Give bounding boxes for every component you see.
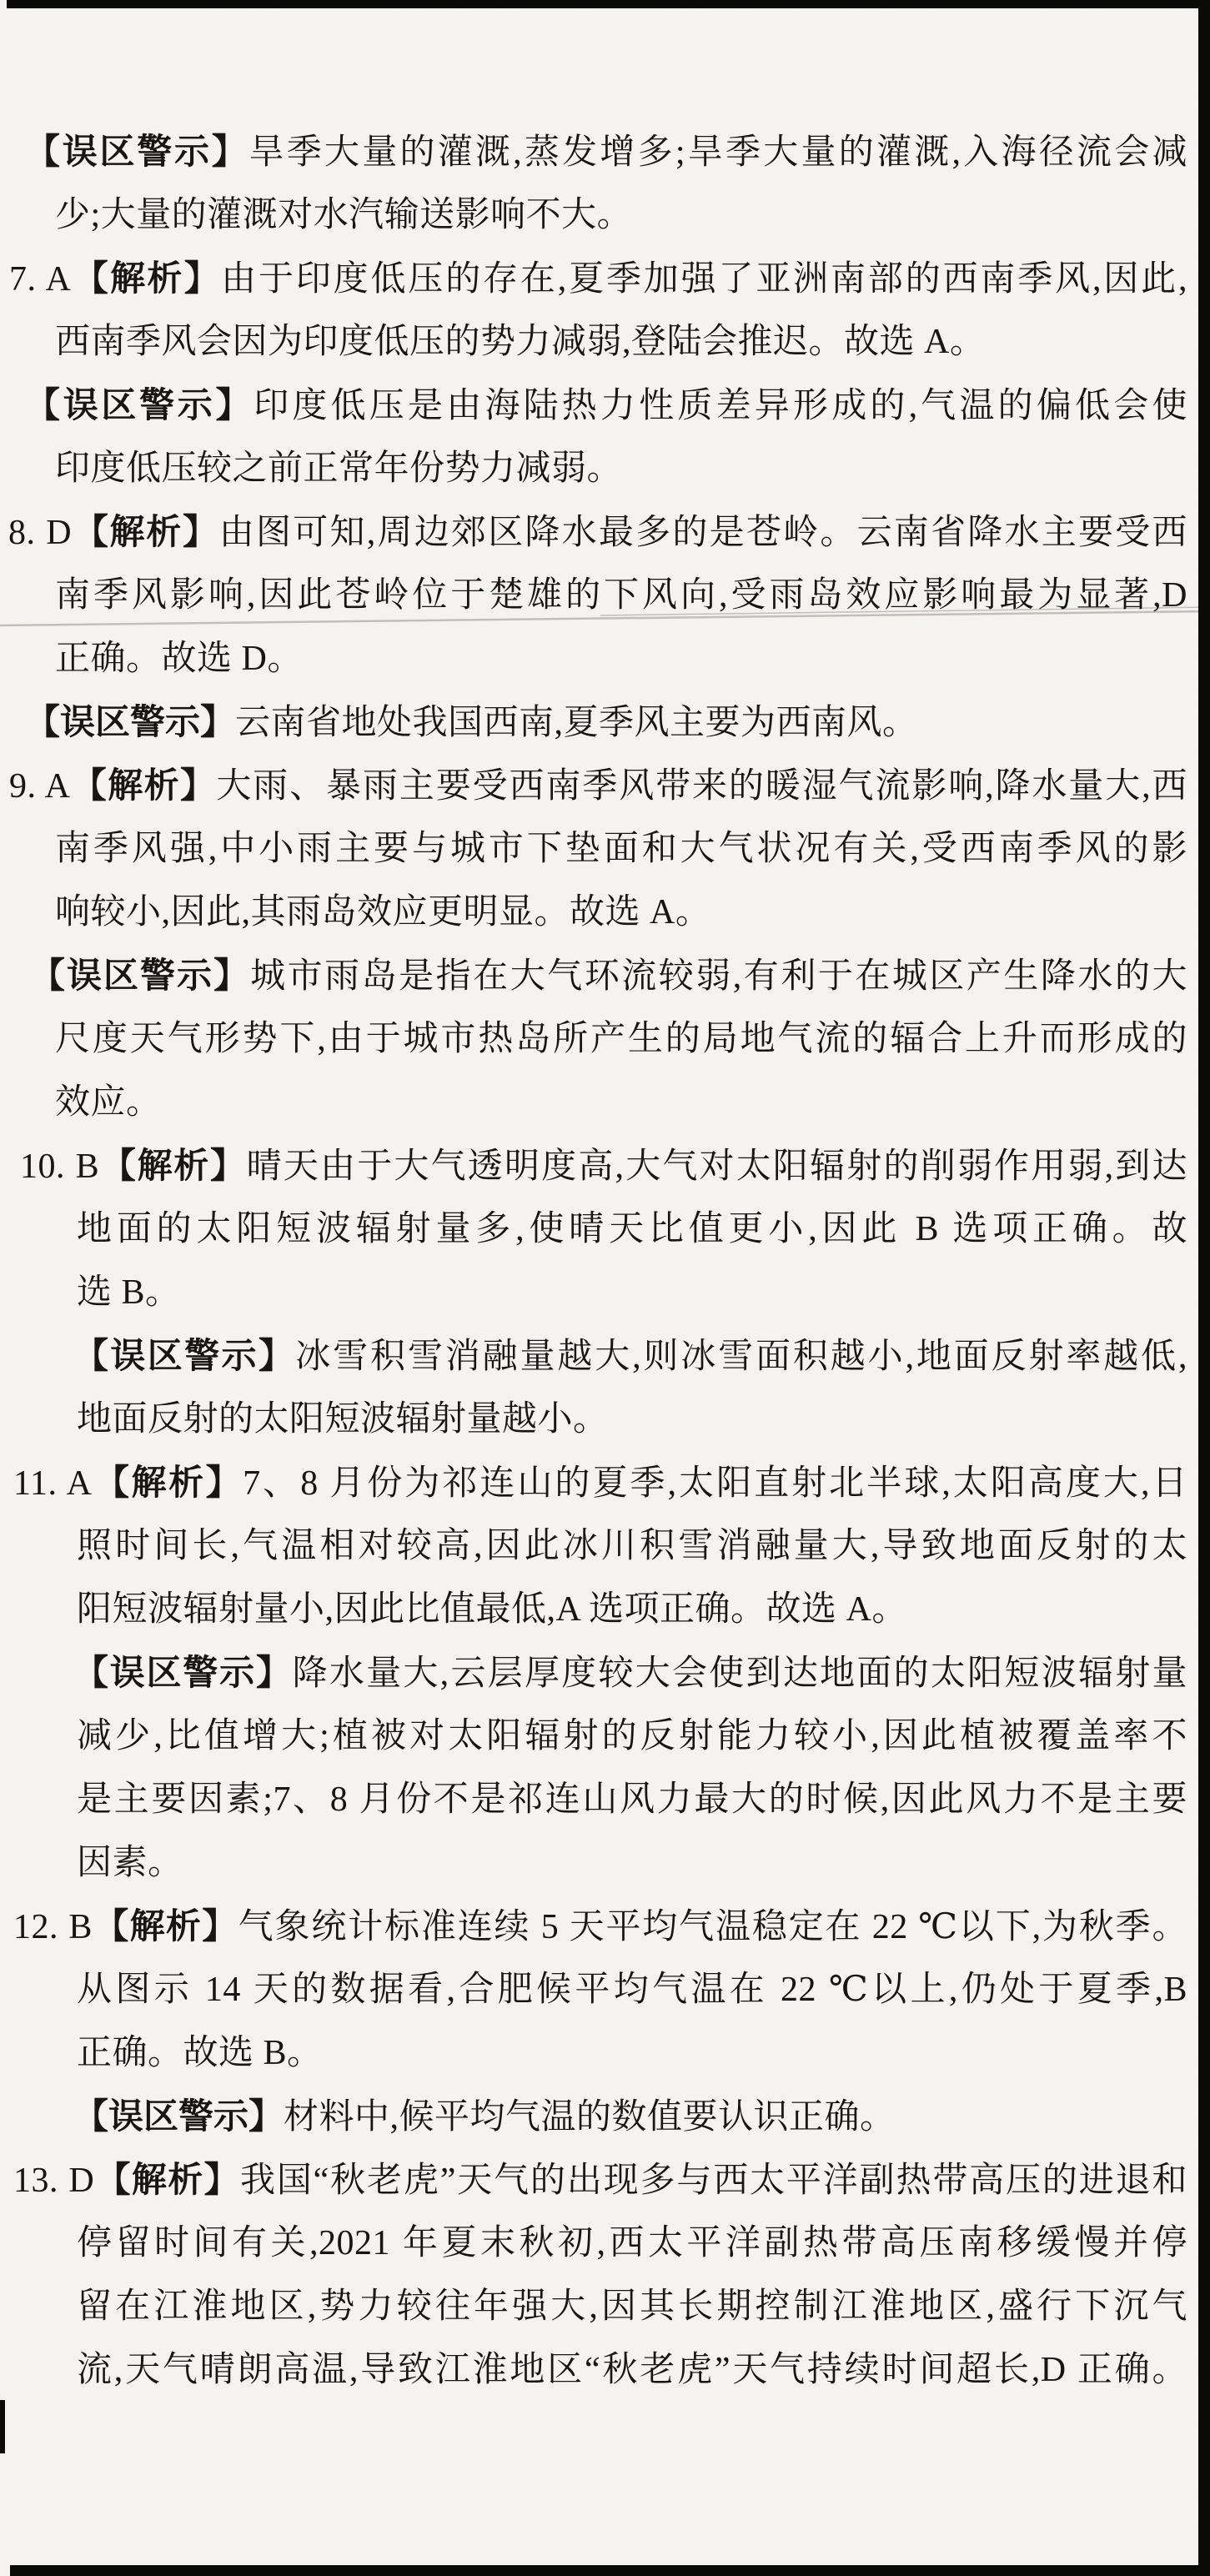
text-line: 尺度天气形势下,由于城市热岛所产生的局地气流的辐合上升而形成的 — [55, 1007, 1187, 1071]
bold-section-tag: 【误区警示】 — [25, 132, 249, 171]
scan-border-right — [1198, 0, 1210, 2576]
bold-section-tag: 【误区警示】 — [25, 702, 235, 741]
text-line: 11. A【解析】7、8 月份为祁连山的夏季,太阳直射北半球,太阳高度大,日 — [13, 1451, 1187, 1514]
text-line: 地面反射的太阳短波辐射量越小。 — [77, 1388, 609, 1451]
scan-border-bottom — [10, 2565, 1210, 2576]
text-line: 10. B【解析】晴天由于大气透明度高,大气对太阳辐射的削弱作用弱,到达 — [20, 1134, 1187, 1198]
answer-explanations-text-block: 【误区警示】旱季大量的灌溉,蒸发增多;旱季大量的灌溉,入海径流会减少;大量的灌溉… — [0, 0, 1210, 2576]
text-line: 8. D【解析】由图可知,周边郊区降水最多的是苍岭。云南省降水主要受西 — [8, 500, 1187, 564]
text-line: 7. A【解析】由于印度低压的存在,夏季加强了亚洲南部的西南季风,因此, — [9, 247, 1187, 310]
bold-section-tag: 【解析】 — [93, 1463, 244, 1502]
text-line: 阳短波辐射量小,因此比值最低,A 选项正确。故选 A。 — [77, 1578, 907, 1641]
text-line: 【误区警示】城市雨岛是指在大气环流较弱,有利于在城区产生降水的大 — [30, 944, 1187, 1007]
text-line: 是主要因素;7、8 月份不是祁连山风力最大的时候,因此风力不是主要 — [77, 1768, 1187, 1831]
text-line: 效应。 — [55, 1071, 162, 1134]
scan-border-top — [7, 0, 1210, 8]
bold-section-tag: 【解析】 — [71, 259, 221, 298]
bold-section-tag: 【误区警示】 — [25, 385, 254, 424]
text-line: 【误区警示】旱季大量的灌溉,蒸发增多;旱季大量的灌溉,入海径流会减 — [25, 120, 1187, 183]
bold-section-tag: 【误区警示】 — [73, 1336, 295, 1375]
text-line: 因素。 — [77, 1831, 183, 1895]
text-line: 少;大量的灌溉对水汽输送影响不大。 — [55, 183, 632, 247]
text-line: 南季风影响,因此苍岭位于楚雄的下风向,受雨岛效应影响最为显著,D — [55, 564, 1187, 627]
text-line: 从图示 14 天的数据看,合肥候平均气温在 22 ℃以上,仍处于夏季,B — [77, 1958, 1187, 2021]
text-line: 13. D【解析】我国“秋老虎”天气的出现多与西太平洋副热带高压的进退和 — [13, 2148, 1187, 2212]
text-line: 西南季风会因为印度低压的势力减弱,登陆会推迟。故选 A。 — [55, 310, 985, 374]
text-line: 照时间长,气温相对较高,因此冰川积雪消融量大,导致地面反射的太 — [77, 1514, 1187, 1578]
bold-section-tag: 【解析】 — [94, 2160, 240, 2199]
text-line: 响较小,因此,其雨岛效应更明显。故选 A。 — [55, 881, 710, 944]
text-line: 南季风强,中小雨主要与城市下垫面和大气状况有关,受西南季风的影 — [55, 817, 1187, 881]
scanned-answer-page: 【误区警示】旱季大量的灌溉,蒸发增多;旱季大量的灌溉,入海径流会减少;大量的灌溉… — [0, 0, 1210, 2576]
text-line: 地面的太阳短波辐射量多,使晴天比值更小,因此 B 选项正确。故 — [77, 1198, 1187, 1261]
text-line: 留在江淮地区,势力较往年强大,因其长期控制江淮地区,盛行下沉气 — [77, 2275, 1187, 2338]
bold-section-tag: 【误区警示】 — [30, 956, 250, 995]
text-line: 流,天气晴朗高温,导致江淮地区“秋老虎”天气持续时间超长,D 正确。 — [77, 2338, 1187, 2402]
text-line: 【误区警示】印度低压是由海陆热力性质差异形成的,气温的偏低会使 — [25, 374, 1187, 437]
bold-section-tag: 【解析】 — [72, 512, 219, 551]
text-line: 【误区警示】降水量大,云层厚度较大会使到达地面的太阳短波辐射量 — [73, 1641, 1187, 1705]
bold-section-tag: 【解析】 — [70, 766, 216, 805]
scan-border-left-sliver — [0, 2400, 5, 2453]
text-line: 9. A【解析】大雨、暴雨主要受西南季风带来的暖湿气流影响,降水量大,西 — [9, 754, 1187, 817]
bold-section-tag: 【误区警示】 — [73, 2096, 284, 2136]
text-line: 减少,比值增大;植被对太阳辐射的反射能力较小,因此植被覆盖率不 — [77, 1705, 1187, 1768]
text-line: 【误区警示】材料中,候平均气温的数值要认识正确。 — [73, 2085, 896, 2148]
bold-section-tag: 【误区警示】 — [73, 1653, 293, 1692]
text-line: 选 B。 — [77, 1261, 181, 1324]
text-line: 12. B【解析】气象统计标准连续 5 天平均气温稳定在 22 ℃以下,为秋季。 — [13, 1895, 1187, 1958]
bold-section-tag: 【解析】 — [99, 1146, 246, 1185]
text-line: 正确。故选 D。 — [55, 627, 303, 690]
text-line: 正确。故选 B。 — [77, 2021, 323, 2085]
text-line: 【误区警示】云南省地处我国西南,夏季风主要为西南风。 — [25, 690, 918, 754]
text-line: 停留时间有关,2021 年夏末秋初,西太平洋副热带高压南移缓慢并停 — [77, 2212, 1187, 2275]
text-line: 印度低压较之前正常年份势力减弱。 — [55, 437, 622, 500]
text-line: 【误区警示】冰雪积雪消融量越大,则冰雪面积越小,地面反射率越低, — [73, 1324, 1187, 1388]
bold-section-tag: 【解析】 — [93, 1906, 238, 1946]
